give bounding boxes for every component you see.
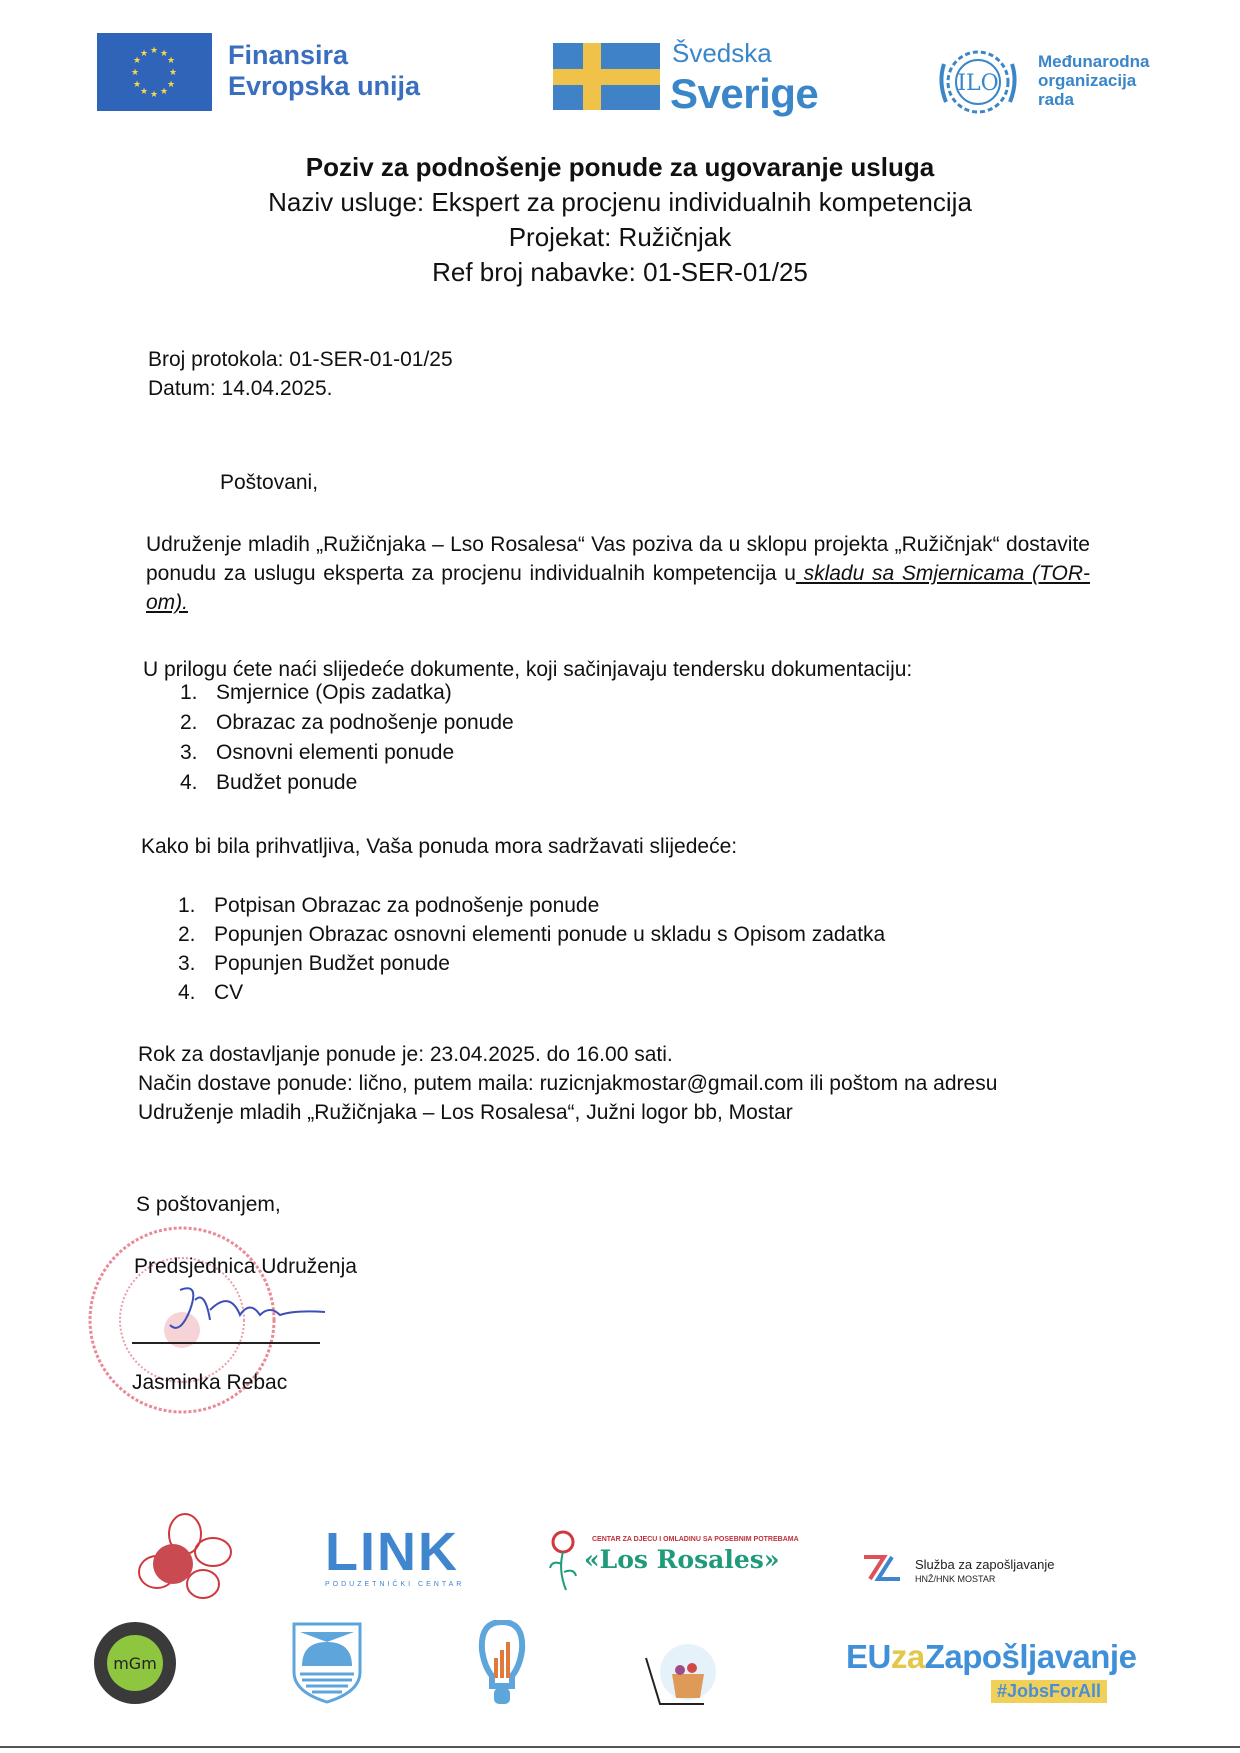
svg-text:★: ★ <box>133 79 141 89</box>
signer-name: Jasminka Rebac <box>132 1368 287 1397</box>
lightbulb-growth-icon <box>478 1620 526 1708</box>
los-rosales-subtitle: CENTAR ZA DJECU I OMLADINU SA POSEBNIM P… <box>592 1536 799 1543</box>
list-item: 2.Obrazac za podnošenje ponude <box>180 708 514 738</box>
closing: S poštovanjem, <box>136 1190 281 1219</box>
ilo-emblem-icon: ILO <box>934 44 1022 120</box>
rose-icon <box>548 1530 578 1592</box>
eu-line2: Evropska unija <box>228 71 420 102</box>
service-name: Naziv usluge: Ekspert za procjenu indivi… <box>0 185 1240 220</box>
project-name: Projekat: Ružičnjak <box>0 220 1240 255</box>
list-item: 1.Potpisan Obrazac za podnošenje ponude <box>178 891 885 920</box>
ilo-line3: rada <box>1038 90 1149 109</box>
svg-text:★: ★ <box>131 67 139 77</box>
employment-service-region: HNŽ/HNK MOSTAR <box>915 1572 1054 1586</box>
most-m-basket-logo <box>642 1640 718 1706</box>
deadline: Rok za dostavljanje ponude je: 23.04.202… <box>138 1040 997 1069</box>
los-rosales-logo: «Los Rosales» <box>584 1545 779 1574</box>
employment-service-label: Služba za zapošljavanje HNŽ/HNK MOSTAR <box>915 1558 1054 1586</box>
document-title: Poziv za podnošenje ponude za ugovaranje… <box>0 150 1240 185</box>
employment-service-z-icon <box>862 1555 902 1581</box>
eu-line1: Finansira <box>228 40 420 71</box>
list-item: 4.CV <box>178 978 885 1007</box>
reference-number: Ref broj nabavke: 01-SER-01/25 <box>0 255 1240 290</box>
svg-text:ILO: ILO <box>957 71 998 96</box>
list-item: 3.Popunjen Budžet ponude <box>178 949 885 978</box>
city-shield-icon <box>292 1622 362 1704</box>
svg-text:mGm: mGm <box>113 1654 157 1673</box>
euza-rest: Zapošljavanje <box>925 1638 1137 1675</box>
svg-text:★: ★ <box>140 48 148 58</box>
list-item: 1.Smjernice (Opis zadatka) <box>180 678 514 708</box>
signer-role: Predsjednica Udruženja <box>134 1252 357 1281</box>
svg-text:★: ★ <box>150 89 158 99</box>
link-subtitle: PODUZETNIČKI CENTAR <box>325 1581 464 1588</box>
ilo-label: Međunarodna organizacija rada <box>1038 52 1149 109</box>
document-title-block: Poziv za podnošenje ponude za ugovaranje… <box>0 150 1240 290</box>
euza-za: za <box>891 1638 925 1675</box>
protocol-block: Broj protokola: 01-SER-01-01/25 Datum: 1… <box>148 345 453 403</box>
svg-text:★: ★ <box>167 79 175 89</box>
svg-text:★: ★ <box>150 45 158 55</box>
delivery-method: Način dostave ponude: lično, putem maila… <box>138 1069 997 1098</box>
signature-icon <box>160 1280 330 1340</box>
jobs-for-all-hashtag: #JobsForAll <box>991 1680 1107 1703</box>
greeting: Poštovani, <box>220 468 318 497</box>
requirements-intro: Kako bi bila prihvatljiva, Vaša ponuda m… <box>141 832 737 861</box>
ilo-line2: organizacija <box>1038 71 1149 90</box>
list-item: 3.Osnovni elementi ponude <box>180 738 514 768</box>
eu-za-zaposljavanje-logo: EUzaZapošljavanje <box>846 1638 1136 1676</box>
svg-text:★: ★ <box>160 86 168 96</box>
euza-eu: EU <box>846 1638 891 1675</box>
svg-text:★: ★ <box>167 55 175 65</box>
documents-list: 1.Smjernice (Opis zadatka) 2.Obrazac za … <box>180 678 514 798</box>
sweden-label-local: Švedska <box>672 38 772 69</box>
delivery-address: Udruženje mladih „Ružičnjaka – Los Rosal… <box>138 1098 997 1127</box>
sweden-flag-logo <box>553 43 660 110</box>
list-item: 4.Budžet ponude <box>180 768 514 798</box>
ilo-line1: Međunarodna <box>1038 52 1149 71</box>
intro-paragraph: Udruženje mladih „Ružičnjaka – Lso Rosal… <box>146 530 1090 617</box>
flower-logo-icon <box>135 1512 235 1602</box>
requirements-list: 1.Potpisan Obrazac za podnošenje ponude … <box>178 891 885 1007</box>
document-date: Datum: 14.04.2025. <box>148 374 453 403</box>
protocol-number: Broj protokola: 01-SER-01-01/25 <box>148 345 453 374</box>
restaurant-mgm-logo: mGm <box>92 1620 178 1706</box>
signature-line <box>132 1342 320 1344</box>
delivery-block: Rok za dostavljanje ponude je: 23.04.202… <box>138 1040 997 1127</box>
sweden-label: Sverige <box>670 70 818 118</box>
svg-text:★: ★ <box>140 86 148 96</box>
eu-funding-label: Finansira Evropska unija <box>228 40 420 102</box>
employment-service-name: Služba za zapošljavanje <box>915 1558 1054 1572</box>
eu-flag-logo: ★★★ ★★★ ★★★ ★★★ <box>97 33 212 111</box>
svg-text:★: ★ <box>169 67 177 77</box>
link-name: LINK <box>325 1525 464 1579</box>
list-item: 2.Popunjen Obrazac osnovni elementi ponu… <box>178 920 885 949</box>
link-logo: LINK PODUZETNIČKI CENTAR <box>325 1525 464 1588</box>
footer-divider <box>0 1746 1240 1748</box>
